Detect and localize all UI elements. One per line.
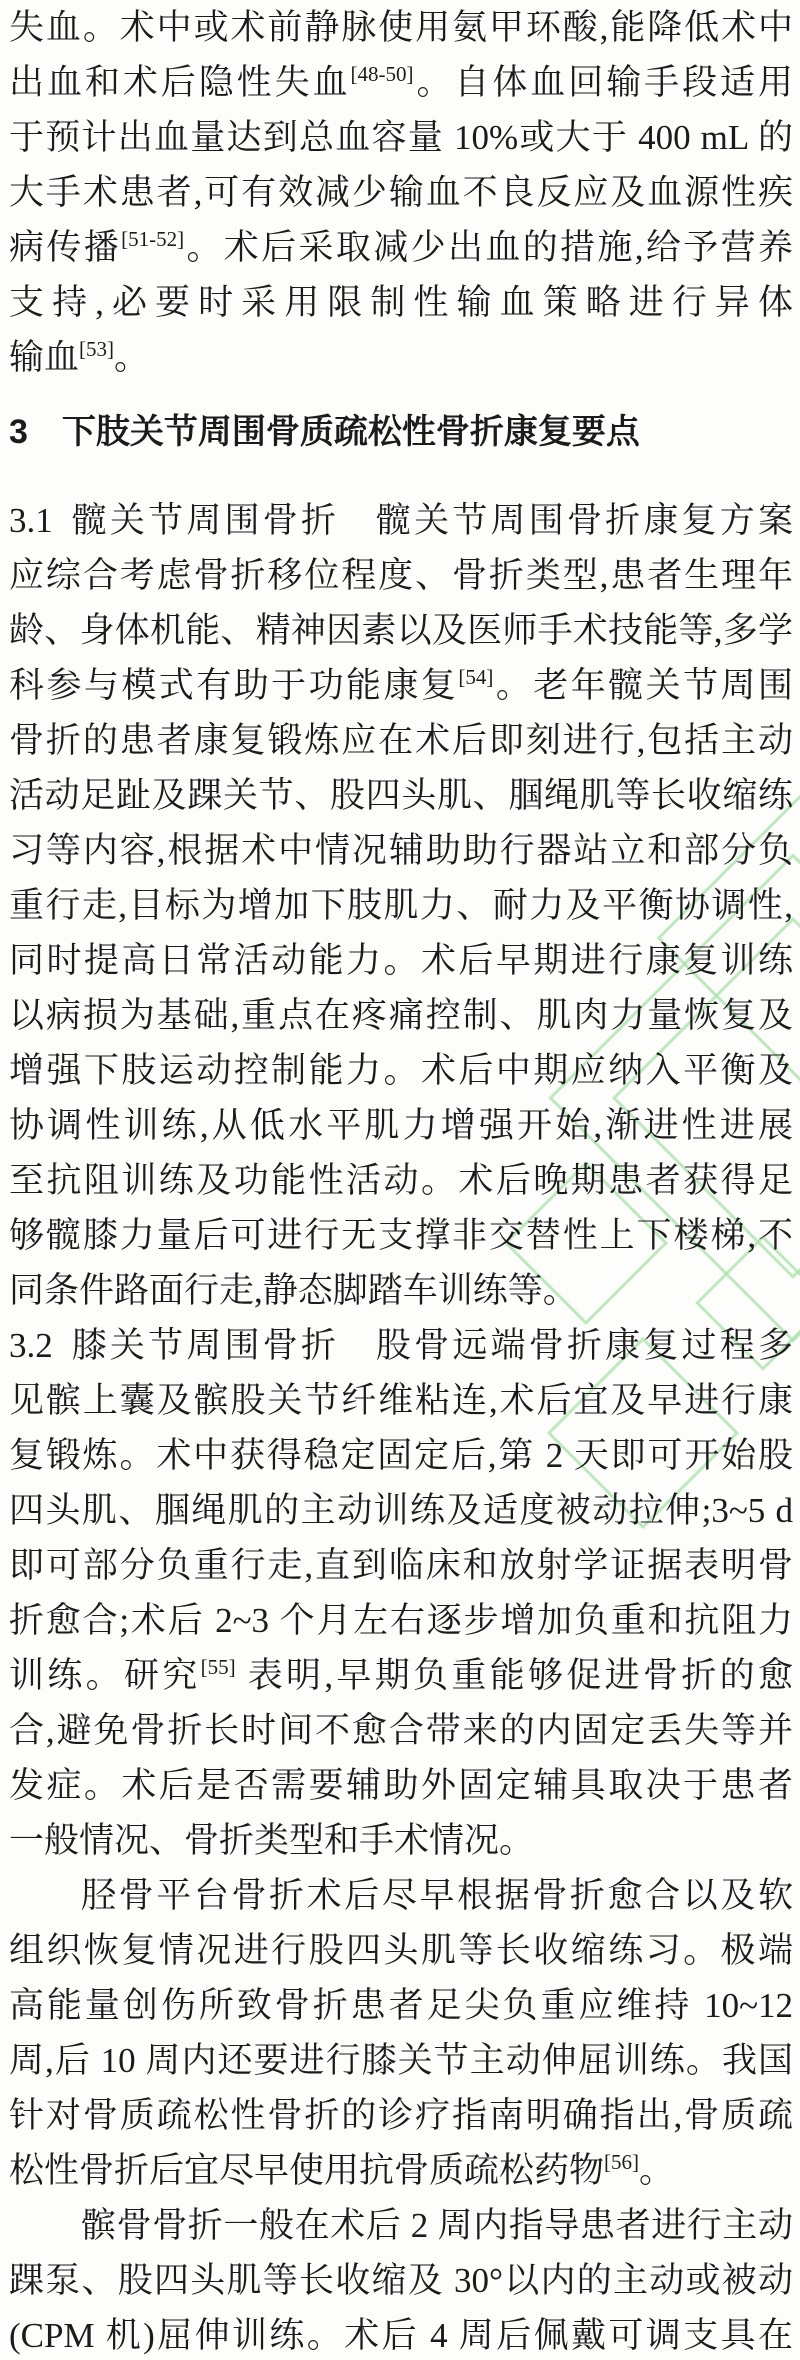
text-line: 至抗阻训练及功能性活动。术后晚期患者获得足	[9, 1153, 793, 1208]
text-line: 3.2膝关节周围骨折股骨远端骨折康复过程多	[9, 1318, 793, 1373]
citation-superscript: [56]	[604, 2150, 639, 2174]
text-line: 见髌上囊及髌股关节纤维粘连,术后宜及早进行康	[9, 1373, 793, 1428]
text-line: 输血[53]。	[9, 330, 793, 385]
text-line: 科参与模式有助于功能康复[54]。老年髋关节周围	[9, 658, 793, 713]
citation-superscript: [54]	[458, 665, 493, 689]
text-line: 高能量创伤所致骨折患者足尖负重应维持 10~12	[9, 1978, 793, 2033]
text-line: 周,后 10 周内还要进行膝关节主动伸屈训练。我国	[9, 2033, 793, 2088]
text-line: 支持,必要时采用限制性输血策略进行异体	[9, 275, 793, 330]
section-heading: 3 下肢关节周围骨质疏松性骨折康复要点	[9, 405, 793, 460]
text-line: 针对骨质疏松性骨折的诊疗指南明确指出,骨质疏	[9, 2088, 793, 2143]
citation-superscript: [53]	[79, 337, 114, 361]
text-line: 发症。术后是否需要辅助外固定辅具取决于患者	[9, 1758, 793, 1813]
citation-superscript: [48-50]	[351, 62, 414, 86]
text-line: 大手术患者,可有效减少输血不良反应及血源性疾	[9, 165, 793, 220]
page: 失血。术中或术前静脉使用氨甲环酸,能降低术中出血和术后隐性失血[48-50]。自…	[0, 0, 800, 2360]
text-line: 重行走,目标为增加下肢肌力、耐力及平衡协调性,	[9, 878, 793, 933]
text-line: 胫骨平台骨折术后尽早根据骨折愈合以及软	[9, 1868, 793, 1923]
text-line: 训练。研究[55] 表明,早期负重能够促进骨折的愈	[9, 1648, 793, 1703]
citation-superscript: [51-52]	[121, 227, 184, 251]
text-line: 习等内容,根据术中情况辅助助行器站立和部分负	[9, 823, 793, 878]
text-line: 骨折的患者康复锻炼应在术后即刻进行,包括主动	[9, 713, 793, 768]
text-line: 活动足趾及踝关节、股四头肌、腘绳肌等长收缩练	[9, 768, 793, 823]
text-line: 3.1髋关节周围骨折髋关节周围骨折康复方案	[9, 493, 793, 548]
text-line: 同时提高日常活动能力。术后早期进行康复训练	[9, 933, 793, 988]
text-line: 松性骨折后宜尽早使用抗骨质疏松药物[56]。	[9, 2143, 793, 2198]
text-line: 复锻炼。术中获得稳定固定后,第 2 天即可开始股	[9, 1428, 793, 1483]
text-line: 出血和术后隐性失血[48-50]。自体血回输手段适用	[9, 55, 793, 110]
text-line: 同条件路面行走,静态脚踏车训练等。	[9, 1263, 793, 1318]
text-line: 四头肌、腘绳肌的主动训练及适度被动拉伸;3~5 d	[9, 1483, 793, 1538]
text-line: 应综合考虑骨折移位程度、骨折类型,患者生理年	[9, 548, 793, 603]
text-line: 协调性训练,从低水平肌力增强开始,渐进性进展	[9, 1098, 793, 1153]
text-line: 髌骨骨折一般在术后 2 周内指导患者进行主动	[9, 2198, 793, 2253]
citation-superscript: [55]	[201, 1655, 236, 1679]
text-line: 够髋膝力量后可进行无支撑非交替性上下楼梯,不	[9, 1208, 793, 1263]
text-line: 龄、身体机能、精神因素以及医师手术技能等,多学	[9, 603, 793, 658]
text-line: 即可部分负重行走,直到临床和放射学证据表明骨	[9, 1538, 793, 1593]
text-line: 折愈合;术后 2~3 个月左右逐步增加负重和抗阻力	[9, 1593, 793, 1648]
text-line: 病传播[51-52]。术后采取减少出血的措施,给予营养	[9, 220, 793, 275]
text-line: 于预计出血量达到总血容量 10%或大于 400 mL 的	[9, 110, 793, 165]
text-line: 一般情况、骨折类型和手术情况。	[9, 1813, 793, 1868]
text-line: 失血。术中或术前静脉使用氨甲环酸,能降低术中	[9, 0, 793, 55]
text-line: 踝泵、股四头肌等长收缩及 30°以内的主动或被动	[9, 2253, 793, 2308]
text-line: 组织恢复情况进行股四头肌等长收缩练习。极端	[9, 1923, 793, 1978]
text-line: 合,避免骨折长时间不愈合带来的内固定丢失等并	[9, 1703, 793, 1758]
text-line: (CPM 机)屈伸训练。术后 4 周后佩戴可调支具在	[9, 2308, 793, 2360]
text-line: 以病损为基础,重点在疼痛控制、肌肉力量恢复及	[9, 988, 793, 1043]
text-line: 增强下肢运动控制能力。术后中期应纳入平衡及	[9, 1043, 793, 1098]
document-text: 失血。术中或术前静脉使用氨甲环酸,能降低术中出血和术后隐性失血[48-50]。自…	[0, 0, 800, 2360]
